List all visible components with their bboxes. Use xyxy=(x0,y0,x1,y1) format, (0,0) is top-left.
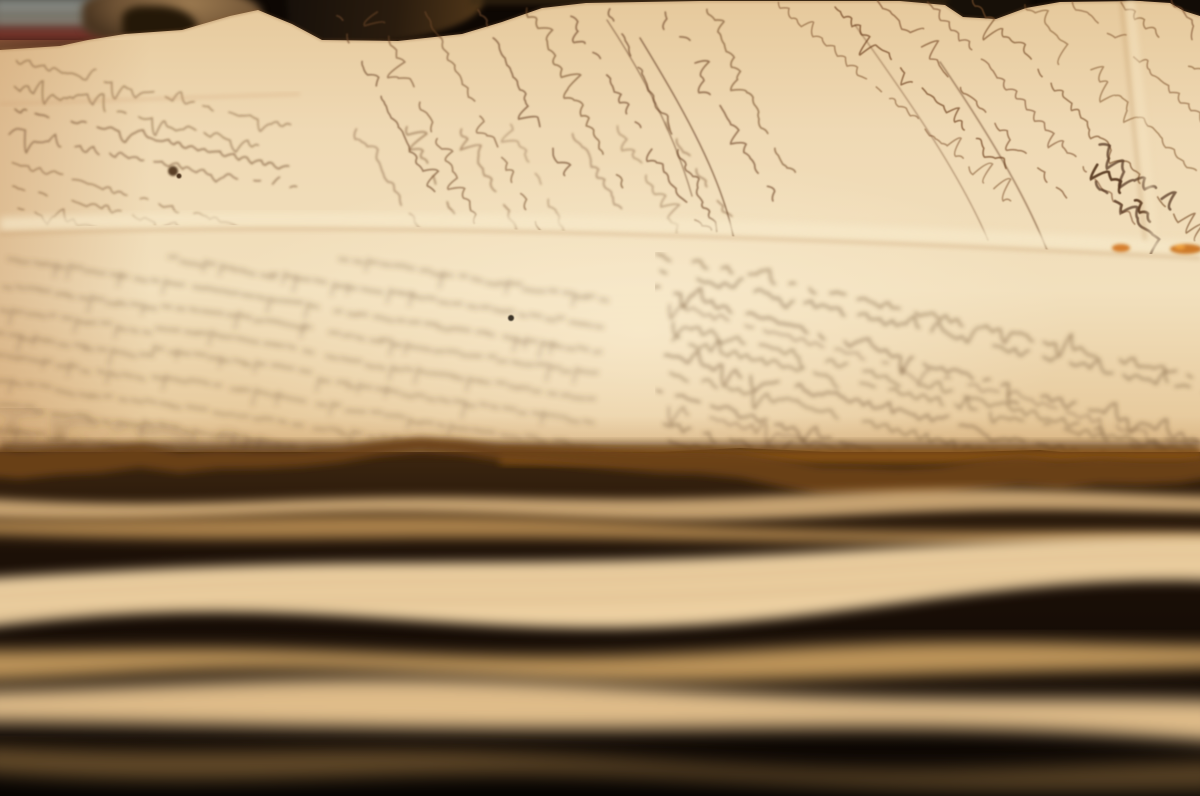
dark-speck xyxy=(508,315,514,321)
page-surface xyxy=(0,1,1200,468)
torn-top-edge xyxy=(0,1,1200,50)
top-edge-shadow xyxy=(470,0,970,5)
handwriting-blurred-rows xyxy=(654,254,1200,626)
pre-edge-shadow xyxy=(0,442,1200,458)
ink-blot-small xyxy=(177,174,182,179)
vignette xyxy=(0,0,1200,796)
handwriting-top xyxy=(9,0,1200,318)
page-edge-band-3 xyxy=(0,515,1200,554)
blurred-background-dark xyxy=(0,42,138,56)
light-hotspot xyxy=(210,155,1070,505)
sheet-edge-dark xyxy=(0,229,1200,258)
right-edge-dark xyxy=(1121,0,1145,240)
orange-page-marks xyxy=(1112,244,1200,254)
left-shading xyxy=(0,40,150,470)
sheet-edge-light xyxy=(0,219,1200,248)
handwriting-blurred-grid xyxy=(0,257,608,495)
corner-shadow xyxy=(1172,0,1200,18)
blurred-background-gray-2 xyxy=(0,14,140,30)
gilded-fore-edge xyxy=(500,449,1200,464)
background xyxy=(0,0,1200,90)
stack-shadow-background xyxy=(0,452,1200,796)
stone-dark xyxy=(286,0,486,49)
page-edges-stack xyxy=(0,0,1200,796)
page-edge-band-2 xyxy=(0,489,1200,520)
blurred-background-brick xyxy=(0,28,148,44)
page-edge-band-4 xyxy=(0,536,1200,628)
fore-edge-warmth xyxy=(0,416,1200,462)
manuscript-page xyxy=(0,0,1200,796)
page-edge-band-5 xyxy=(0,642,1200,682)
page-edge-band-6 xyxy=(0,678,1200,743)
page-edge-band-7 xyxy=(0,749,1200,793)
page-edge-band-1 xyxy=(0,437,1200,498)
ink-blot xyxy=(168,166,178,176)
flourish-lines xyxy=(607,20,1068,318)
left-fold xyxy=(0,94,300,104)
right-edge-light xyxy=(1130,0,1154,240)
stone-left xyxy=(82,0,262,44)
manuscript-photograph xyxy=(0,0,1200,796)
torn-notch xyxy=(948,0,1030,20)
handwriting-defocused-edge xyxy=(0,409,1200,626)
signature-knot xyxy=(1091,144,1175,259)
blurred-background-gray xyxy=(0,0,140,16)
stone-left-shadow xyxy=(122,6,198,50)
